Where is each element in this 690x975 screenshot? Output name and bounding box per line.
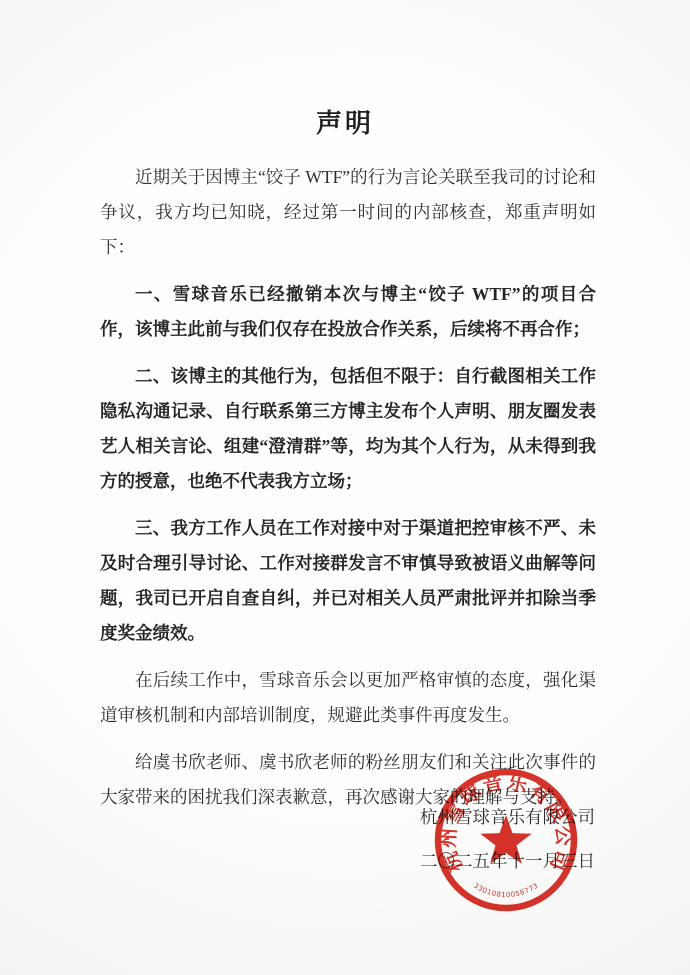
svg-text:33010810056773: 33010810056773 — [472, 882, 540, 899]
statement-paragraph: 在后续工作中，雪球音乐会以更加严格审慎的态度，强化渠道审核机制和内部培训制度，规… — [100, 663, 596, 733]
company-seal: 杭州雪球音乐有限公司 33010810056773 — [431, 765, 581, 915]
statement-document: 声明 近期关于因博主“饺子 WTF”的行为言论关联至我司的讨论和争议，我方均已知… — [0, 0, 690, 975]
seal-graphic: 杭州雪球音乐有限公司 33010810056773 — [431, 765, 581, 915]
statement-title: 声明 — [0, 103, 690, 140]
statement-body: 近期关于因博主“饺子 WTF”的行为言论关联至我司的讨论和争议，我方均已知晓，经… — [100, 160, 596, 827]
seal-star-icon — [480, 815, 531, 864]
statement-paragraph: 三、我方工作人员在工作对接中对于渠道把控审核不严、未及时合理引导讨论、工作对接群… — [100, 511, 596, 651]
statement-paragraph: 近期关于因博主“饺子 WTF”的行为言论关联至我司的讨论和争议，我方均已知晓，经… — [100, 160, 596, 265]
seal-serial-number: 33010810056773 — [472, 882, 540, 899]
statement-paragraph: 一、雪球音乐已经撤销本次与博主“饺子 WTF”的项目合作，该博主此前与我们仅存在… — [100, 277, 596, 347]
statement-paragraph: 二、该博主的其他行为，包括但不限于：自行截图相关工作隐私沟通记录、自行联系第三方… — [100, 359, 596, 499]
